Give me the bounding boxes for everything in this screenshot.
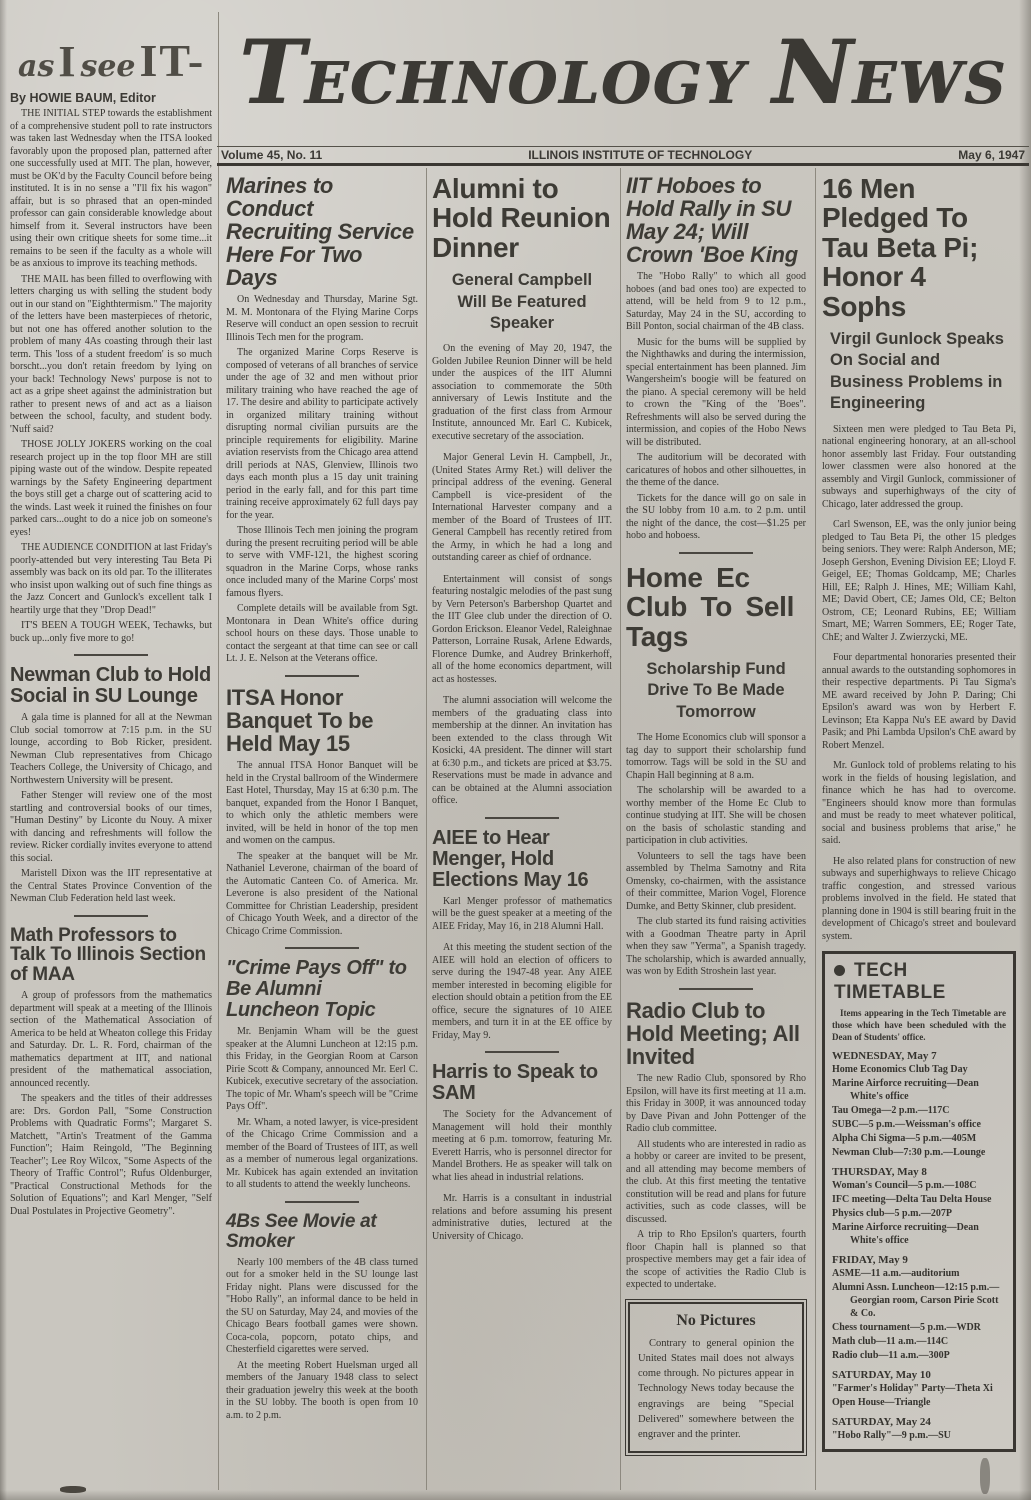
paragraph: The "Hobo Rally" to which all good hoboe… [626,271,806,334]
column-1: as I see IT- By HOWIE BAUM, Editor THE I… [10,34,212,1221]
timetable-item: Math club—11 a.m.—114C [832,1335,1006,1348]
headline-newman: Newman Club to Hold Social in SU Lounge [10,665,212,707]
logo-i: I [58,37,76,86]
editor-byline: By HOWIE BAUM, Editor [10,91,212,105]
paragraph: THE MAIL has been filled to overflowing … [10,274,212,437]
headline-aiee: AIEE to Hear Menger, Hold Elections May … [432,828,612,891]
timetable-item: ASME—11 a.m.—auditorium [832,1267,1006,1280]
masthead-title-word1: Technology [239,26,746,118]
headline-radio: Radio Club to Hold Meeting; All Invited [626,999,806,1068]
paragraph: Mr. Wham, a noted lawyer, is vice-presid… [226,1117,418,1192]
timetable-item: IFC meeting—Delta Tau Delta House [832,1193,1006,1206]
paragraph: On Wednesday and Thursday, Marine Sgt. M… [226,294,418,344]
paragraph: At this meeting the student section of t… [432,942,612,1042]
logo-as: as [18,49,54,84]
subhead-home-ec: Scholarship Fund Drive To Be Made Tomorr… [630,659,802,723]
paragraph: Four departmental honoraries presented t… [822,652,1016,752]
logo-it: IT- [140,35,206,86]
headline-crime: "Crime Pays Off" to Be Alumni Luncheon T… [226,958,418,1021]
timetable-item: Chess tournament—5 p.m.—WDR [832,1321,1006,1334]
column-divider [620,168,621,1490]
column-divider [426,168,427,1490]
paragraph: Contrary to general opinion the United S… [638,1336,794,1443]
headline-smoker: 4Bs See Movie at Smoker [226,1212,418,1252]
paragraph: Mr. Harris is a consultant in industrial… [432,1193,612,1243]
paragraph: Carl Swenson, EE, was the only junior be… [822,519,1016,644]
timetable-day: SATURDAY, May 10 [832,1369,1006,1381]
paragraph: The speaker at the banquet will be Mr. N… [226,851,418,939]
timetable-day: WEDNESDAY, May 7 [832,1050,1006,1062]
dateline-bar: Volume 45, No. 11 ILLINOIS INSTITUTE OF … [217,146,1029,166]
paragraph: Sixteen men were pledged to Tau Beta Pi,… [822,424,1016,512]
paragraph: Music for the bums will be supplied by t… [626,337,806,450]
column-divider [815,168,816,1490]
paragraph: The auditorium will be decorated with ca… [626,452,806,490]
paragraph: Volunteers to sell the tags have been as… [626,851,806,914]
paragraph: The club started its fund raising activi… [626,916,806,979]
column-divider [218,12,219,1490]
divider-rule [285,1201,359,1203]
timetable-item: Alpha Chi Sigma—5 p.m.—405M [832,1132,1006,1145]
paragraph: Major General Levin H. Campbell, Jr., (U… [432,452,612,565]
paragraph: Father Stenger will review one of the mo… [10,790,212,865]
no-pictures-title: No Pictures [638,1312,794,1330]
paragraph: A trip to Rho Epsilon's quarters, fourth… [626,1229,806,1292]
timetable-item: Marine Airforce recruiting—Dean White's … [832,1221,1006,1247]
timetable-header: TECH TIMETABLE [834,960,1006,1004]
paragraph: Karl Menger professor of mathematics wil… [432,896,612,934]
divider-rule [74,654,148,656]
logo-see: see [80,49,135,84]
paragraph: The Society for the Advancement of Manag… [432,1109,612,1184]
timetable-item: Physics club—5 p.m.—207P [832,1207,1006,1220]
column-2: Marines to Conduct Recruiting Service He… [226,172,418,1425]
masthead: TechnologyNews [224,26,1022,144]
headline-hoboes: IIT Hoboes to Hold Rally in SU May 24; W… [626,174,806,266]
volume-label: Volume 45, No. 11 [221,148,322,162]
divider-rule [485,1051,559,1053]
paragraph: THE INITIAL STEP towards the establishme… [10,108,212,271]
divider-rule [285,947,359,949]
paragraph: A group of professors from the mathemati… [10,990,212,1090]
timetable-day: SATURDAY, May 24 [832,1416,1006,1428]
timetable-item: Newman Club—7:30 p.m.—Lounge [832,1146,1006,1159]
headline-alumni: Alumni to Hold Reunion Dinner [432,174,612,262]
timetable-day: THURSDAY, May 8 [832,1166,1006,1178]
paragraph: Those Illinois Tech men joining the prog… [226,525,418,600]
paragraph: A gala time is planned for all at the Ne… [10,712,212,787]
timetable-day: FRIDAY, May 9 [832,1254,1006,1266]
divider-rule [74,915,148,917]
paragraph: Tickets for the dance will go on sale in… [626,493,806,543]
paragraph: The speakers and the titles of their add… [10,1093,212,1218]
newspaper-page: TechnologyNews Volume 45, No. 11 ILLINOI… [0,0,1031,1500]
paragraph: THE AUDIENCE CONDITION at last Friday's … [10,542,212,617]
scan-artifact [980,1458,990,1494]
paragraph: He also related plans for construction o… [822,856,1016,944]
paragraph: IT'S BEEN A TOUGH WEEK, Techawks, but bu… [10,620,212,645]
paragraph: The annual ITSA Honor Banquet will be he… [226,760,418,848]
column-3: Alumni to Hold Reunion Dinner General Ca… [432,172,612,1252]
paragraph: All students who are interested in radio… [626,1139,806,1227]
paragraph: The Home Economics club will sponsor a t… [626,732,806,782]
timetable-item: SUBC—5 p.m.—Weissman's office [832,1118,1006,1131]
headline-itsa: ITSA Honor Banquet To be Held May 15 [226,686,418,755]
subhead-alumni: General Campbell Will Be Featured Speake… [436,270,608,334]
headline-marines: Marines to Conduct Recruiting Service He… [226,174,418,289]
bullet-icon [834,965,845,976]
tech-timetable-box: TECH TIMETABLE Items appearing in the Te… [822,951,1016,1452]
timetable-item: Woman's Council—5 p.m.—108C [832,1179,1006,1192]
timetable-item: Home Economics Club Tag Day [832,1063,1006,1076]
timetable-item: Open House—Triangle [832,1396,1006,1409]
paragraph: On the evening of May 20, 1947, the Gold… [432,343,612,443]
paragraph: Mr. Benjamin Wham will be the guest spea… [226,1026,418,1114]
paragraph: The new Radio Club, sponsored by Rho Eps… [626,1073,806,1136]
paragraph: The organized Marine Corps Reserve is co… [226,347,418,522]
date-label: May 6, 1947 [958,148,1025,162]
paragraph: Complete details will be available from … [226,603,418,666]
divider-rule [679,552,753,554]
timetable-item: "Hobo Rally"—9 p.m.—SU [832,1429,1006,1442]
scan-artifact [60,1486,86,1493]
timetable-item: "Farmer's Holiday" Party—Theta Xi [832,1382,1006,1395]
paragraph: Maristell Dixon was the IIT representati… [10,868,212,906]
paragraph: Mr. Gunlock told of problems relating to… [822,760,1016,848]
no-pictures-box: No Pictures Contrary to general opinion … [628,1302,804,1454]
timetable-title: TECH TIMETABLE [834,960,946,1003]
paragraph: The scholarship will be awarded to a wor… [626,785,806,848]
divider-rule [285,675,359,677]
paragraph: Nearly 100 members of the 4B class turne… [226,1257,418,1357]
divider-rule [485,817,559,819]
paragraph: THOSE JOLLY JOKERS working on the coal r… [10,439,212,539]
timetable-item: Marine Airforce recruiting—Dean White's … [832,1077,1006,1103]
timetable-item: Alumni Assn. Luncheon—12:15 p.m.—Georgia… [832,1281,1006,1320]
headline-math-maa: Math Professors to Talk To Illinois Sect… [10,926,212,986]
institution-label: ILLINOIS INSTITUTE OF TECHNOLOGY [528,148,752,162]
timetable-item: Radio club—11 a.m.—300P [832,1349,1006,1362]
timetable-intro: Items appearing in the Tech Timetable ar… [832,1008,1006,1043]
headline-tau-beta: 16 Men Pledged To Tau Beta Pi; Honor 4 S… [822,174,1016,321]
as-i-see-it-logo: as I see IT- [18,34,212,87]
subhead-tau-beta: Virgil Gunlock Speaks On Social and Busi… [830,329,1012,415]
divider-rule [679,988,753,990]
column-4: IIT Hoboes to Hold Rally in SU May 24; W… [626,172,806,1453]
headline-home-ec: Home Ec Club To Sell Tags [626,563,806,651]
timetable-item: Tau Omega—2 p.m.—117C [832,1104,1006,1117]
paragraph: Entertainment will consist of songs feat… [432,574,612,687]
paragraph: The alumni association will welcome the … [432,695,612,808]
headline-harris: Harris to Speak to SAM [432,1062,612,1104]
masthead-title-word2: News [772,26,1007,118]
column-5: 16 Men Pledged To Tau Beta Pi; Honor 4 S… [822,172,1016,1452]
paragraph: At the meeting Robert Huelsman urged all… [226,1360,418,1423]
